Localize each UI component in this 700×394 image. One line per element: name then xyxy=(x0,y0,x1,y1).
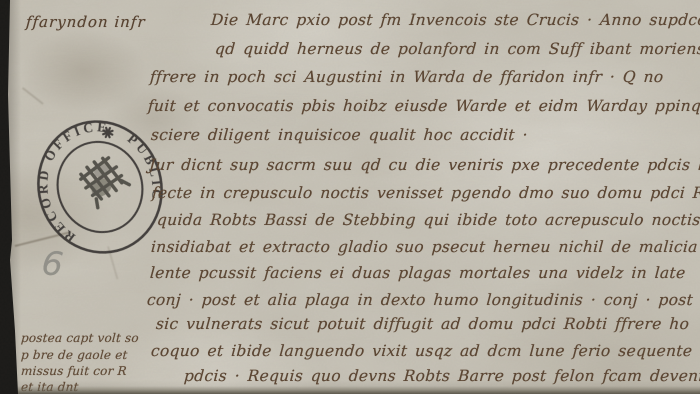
manuscript-line: lente pcussit faciens ei duas plagas mor… xyxy=(149,264,686,282)
manuscript-line: ffrere in poch sci Augustini in Warda de… xyxy=(149,68,664,86)
portcullis-emblem-icon xyxy=(75,153,129,207)
manuscript-line: fecte in crepusculo noctis venisset pgen… xyxy=(151,184,700,202)
manuscript-line: fuit et convocatis pbis hoibz eiusde War… xyxy=(147,97,700,115)
manuscript-photo: RECORD OFFICE PUBLIC xyxy=(0,0,700,394)
manuscript-line: coquo et ibide languendo vixit usqz ad d… xyxy=(150,342,700,360)
manuscript-line: pdcis · Requis quo devns Robts Barre pos… xyxy=(183,367,700,385)
bottom-edge-shadow xyxy=(0,386,700,394)
margin-note-line: postea capt volt so xyxy=(21,331,140,345)
manuscript-line: sic vulnerats sicut potuit diffugit ad d… xyxy=(155,315,690,333)
manuscript-line: quida Robts Bassi de Stebbing qui ibide … xyxy=(156,211,700,229)
manuscript-line: Die Marc pxio post fm Invencois ste Cruc… xyxy=(210,11,700,29)
margin-note-line: p bre de gaole et xyxy=(21,348,129,362)
manuscript-line: conj · post et alia plaga in dexto humo … xyxy=(146,291,700,309)
margin-heading: ffaryndon infr xyxy=(25,13,146,31)
margin-note-line: missus fuit cor R xyxy=(21,364,128,378)
public-record-office-stamp: RECORD OFFICE PUBLIC xyxy=(30,113,170,261)
manuscript-line: sciere diligent inquisicoe qualit hoc ac… xyxy=(150,126,528,144)
manuscript-line: qd quidd herneus de polanford in com Suf… xyxy=(214,40,700,58)
manuscript-line: insidiabat et extracto gladio suo psecut… xyxy=(150,238,698,256)
manuscript-line: Jur dicnt sup sacrm suu qd cu die veniri… xyxy=(148,156,700,174)
